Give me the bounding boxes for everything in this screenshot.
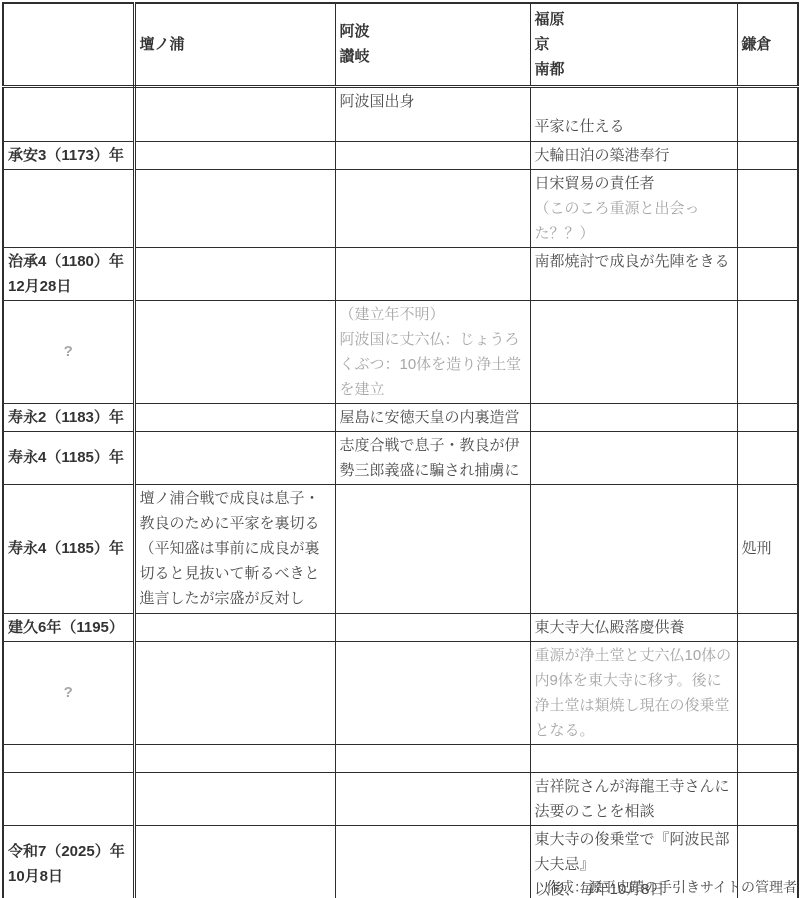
column-header-year (3, 3, 134, 86)
cell-line: 南都焼討で成良が先陣をきる (535, 249, 733, 274)
timeline-row: 吉祥院さんが海龍王寺さんに法要のことを相談 (3, 772, 798, 825)
cell-line: 寿永2（1183）年 (8, 405, 129, 430)
cell-line: 日宋貿易の責任者 (535, 171, 733, 196)
header-line: 壇ノ浦 (140, 32, 331, 57)
event-cell-kamakura (737, 300, 798, 403)
event-cell-fukuhara-kyo-nanto: 大輪田泊の築港奉行 (530, 141, 737, 169)
event-cell-dannoura (134, 86, 335, 141)
event-cell-awa-sanuki (335, 141, 530, 169)
cell-line: 重源が浄土堂と丈六仏10体の内9体を東大寺に移す。後に浄土堂は類焼し現在の俊乗堂… (535, 643, 733, 743)
timeline-row: 阿波国出身 平家に仕える (3, 86, 798, 141)
event-cell-kamakura (737, 641, 798, 744)
event-cell-fukuhara-kyo-nanto (530, 300, 737, 403)
event-cell-dannoura (134, 431, 335, 484)
event-cell-fukuhara-kyo-nanto (530, 484, 737, 613)
cell-line: 処刑 (742, 536, 794, 561)
event-cell-fukuhara-kyo-nanto (530, 744, 737, 772)
header-line: 阿波 (340, 19, 526, 44)
event-cell-kamakura (737, 613, 798, 641)
event-cell-dannoura (134, 772, 335, 825)
event-cell-fukuhara-kyo-nanto (530, 431, 737, 484)
year-cell (3, 744, 134, 772)
cell-line: 平家に仕える (535, 114, 733, 139)
header-line: 鎌倉 (742, 32, 794, 57)
cell-line: 吉祥院さんが海龍王寺さんに法要のことを相談 (535, 774, 733, 824)
cell-line: 寿永4（1185）年 (8, 536, 129, 561)
timeline-row: 寿永4（1185）年壇ノ浦合戦で成良は息子・教良のために平家を裏切る（平知盛は事… (3, 484, 798, 613)
event-cell-dannoura (134, 403, 335, 431)
event-cell-dannoura (134, 300, 335, 403)
cell-line: 建久6年（1195） (8, 615, 129, 640)
timeline-row: 寿永2（1183）年屋島に安徳天皇の内裏造営 (3, 403, 798, 431)
timeline-row: 寿永4（1185）年志度合戦で息子・教良が伊勢三郎義盛に騙され捕虜に (3, 431, 798, 484)
cell-line: （建立年不明） (340, 302, 526, 327)
cell-line: （平知盛は事前に成良が裏切ると見抜いて斬るべきと進言したが宗盛が反対し (140, 536, 331, 611)
header-row: 壇ノ浦阿波讃岐福原京南都鎌倉 (3, 3, 798, 86)
event-cell-fukuhara-kyo-nanto: 南都焼討で成良が先陣をきる (530, 247, 737, 300)
event-cell-kamakura: 処刑 (737, 484, 798, 613)
event-cell-awa-sanuki (335, 744, 530, 772)
column-header-fukuhara-kyo-nanto: 福原京南都 (530, 3, 737, 86)
credit-line: 作成：源平史蹟の手引きサイトの管理者 (2, 877, 797, 897)
event-cell-awa-sanuki: 屋島に安徳天皇の内裏造営 (335, 403, 530, 431)
event-cell-fukuhara-kyo-nanto (530, 403, 737, 431)
year-cell (3, 772, 134, 825)
event-cell-awa-sanuki (335, 772, 530, 825)
cell-line (535, 89, 733, 114)
cell-line: 屋島に安徳天皇の内裏造営 (340, 405, 526, 430)
timeline-table: 壇ノ浦阿波讃岐福原京南都鎌倉阿波国出身 平家に仕える承安3（1173）年大輪田泊… (2, 2, 799, 898)
cell-line: 阿波国出身 (340, 89, 526, 114)
event-cell-fukuhara-kyo-nanto: 重源が浄土堂と丈六仏10体の内9体を東大寺に移す。後に浄土堂は類焼し現在の俊乗堂… (530, 641, 737, 744)
event-cell-kamakura (737, 403, 798, 431)
event-cell-fukuhara-kyo-nanto: 吉祥院さんが海龍王寺さんに法要のことを相談 (530, 772, 737, 825)
cell-line: 承安3（1173）年 (8, 143, 129, 168)
event-cell-dannoura (134, 169, 335, 247)
cell-line: 阿波国に丈六仏：じょうろくぶつ：10体を造り浄土堂を建立 (340, 327, 526, 402)
timeline-row: 承安3（1173）年大輪田泊の築港奉行 (3, 141, 798, 169)
cell-line: 12月28日 (8, 274, 129, 299)
event-cell-kamakura (737, 141, 798, 169)
year-cell: 寿永4（1185）年 (3, 484, 134, 613)
cell-line: 寿永4（1185）年 (8, 445, 129, 470)
event-cell-dannoura (134, 247, 335, 300)
year-cell: 寿永2（1183）年 (3, 403, 134, 431)
event-cell-dannoura (134, 744, 335, 772)
event-cell-kamakura (737, 431, 798, 484)
event-cell-dannoura: 壇ノ浦合戦で成良は息子・教良のために平家を裏切る（平知盛は事前に成良が裏切ると見… (134, 484, 335, 613)
year-cell: 承安3（1173）年 (3, 141, 134, 169)
event-cell-awa-sanuki: 阿波国出身 (335, 86, 530, 141)
event-cell-awa-sanuki (335, 247, 530, 300)
timeline-row: 建久6年（1195）東大寺大仏殿落慶供養 (3, 613, 798, 641)
timeline-row: 治承4（1180）年12月28日南都焼討で成良が先陣をきる (3, 247, 798, 300)
cell-line: 志度合戦で息子・教良が伊勢三郎義盛に騙され捕虜に (340, 433, 526, 483)
cell-line: 東大寺の俊乗堂で『阿波民部大夫忌』 (535, 827, 733, 877)
column-header-dannoura: 壇ノ浦 (134, 3, 335, 86)
event-cell-fukuhara-kyo-nanto: 平家に仕える (530, 86, 737, 141)
event-cell-dannoura (134, 141, 335, 169)
year-cell: ? (3, 641, 134, 744)
column-header-awa-sanuki: 阿波讃岐 (335, 3, 530, 86)
year-cell (3, 86, 134, 141)
cell-line: 壇ノ浦合戦で成良は息子・教良のために平家を裏切る (140, 486, 331, 536)
event-cell-awa-sanuki (335, 641, 530, 744)
year-cell: 治承4（1180）年12月28日 (3, 247, 134, 300)
cell-line: 大輪田泊の築港奉行 (535, 143, 733, 168)
event-cell-kamakura (737, 247, 798, 300)
cell-line: ? (8, 680, 129, 705)
timeline-row: ?（建立年不明）阿波国に丈六仏：じょうろくぶつ：10体を造り浄土堂を建立 (3, 300, 798, 403)
header-line: 讃岐 (340, 44, 526, 69)
year-cell: 建久6年（1195） (3, 613, 134, 641)
header-line: 福原 (535, 7, 733, 32)
cell-line: ? (8, 339, 129, 364)
header-line: 京 (535, 32, 733, 57)
timeline-page: 壇ノ浦阿波讃岐福原京南都鎌倉阿波国出身 平家に仕える承安3（1173）年大輪田泊… (0, 0, 800, 898)
event-cell-dannoura (134, 641, 335, 744)
event-cell-fukuhara-kyo-nanto: 日宋貿易の責任者（このころ重源と出会った？？） (530, 169, 737, 247)
column-header-kamakura: 鎌倉 (737, 3, 798, 86)
year-cell: 寿永4（1185）年 (3, 431, 134, 484)
event-cell-kamakura (737, 86, 798, 141)
cell-line: 東大寺大仏殿落慶供養 (535, 615, 733, 640)
event-cell-awa-sanuki (335, 613, 530, 641)
cell-line: 治承4（1180）年 (8, 249, 129, 274)
cell-line: （このころ重源と出会った？？） (535, 196, 733, 246)
event-cell-awa-sanuki (335, 484, 530, 613)
year-cell (3, 169, 134, 247)
event-cell-awa-sanuki: （建立年不明）阿波国に丈六仏：じょうろくぶつ：10体を造り浄土堂を建立 (335, 300, 530, 403)
event-cell-fukuhara-kyo-nanto: 東大寺大仏殿落慶供養 (530, 613, 737, 641)
event-cell-kamakura (737, 744, 798, 772)
header-line: 南都 (535, 57, 733, 82)
event-cell-dannoura (134, 613, 335, 641)
event-cell-awa-sanuki: 志度合戦で息子・教良が伊勢三郎義盛に騙され捕虜に (335, 431, 530, 484)
cell-line: 令和7（2025）年 (8, 839, 129, 864)
timeline-row: ?重源が浄土堂と丈六仏10体の内9体を東大寺に移す。後に浄土堂は類焼し現在の俊乗… (3, 641, 798, 744)
event-cell-kamakura (737, 169, 798, 247)
year-cell: ? (3, 300, 134, 403)
timeline-row (3, 744, 798, 772)
timeline-row: 日宋貿易の責任者（このころ重源と出会った？？） (3, 169, 798, 247)
event-cell-awa-sanuki (335, 169, 530, 247)
event-cell-kamakura (737, 772, 798, 825)
